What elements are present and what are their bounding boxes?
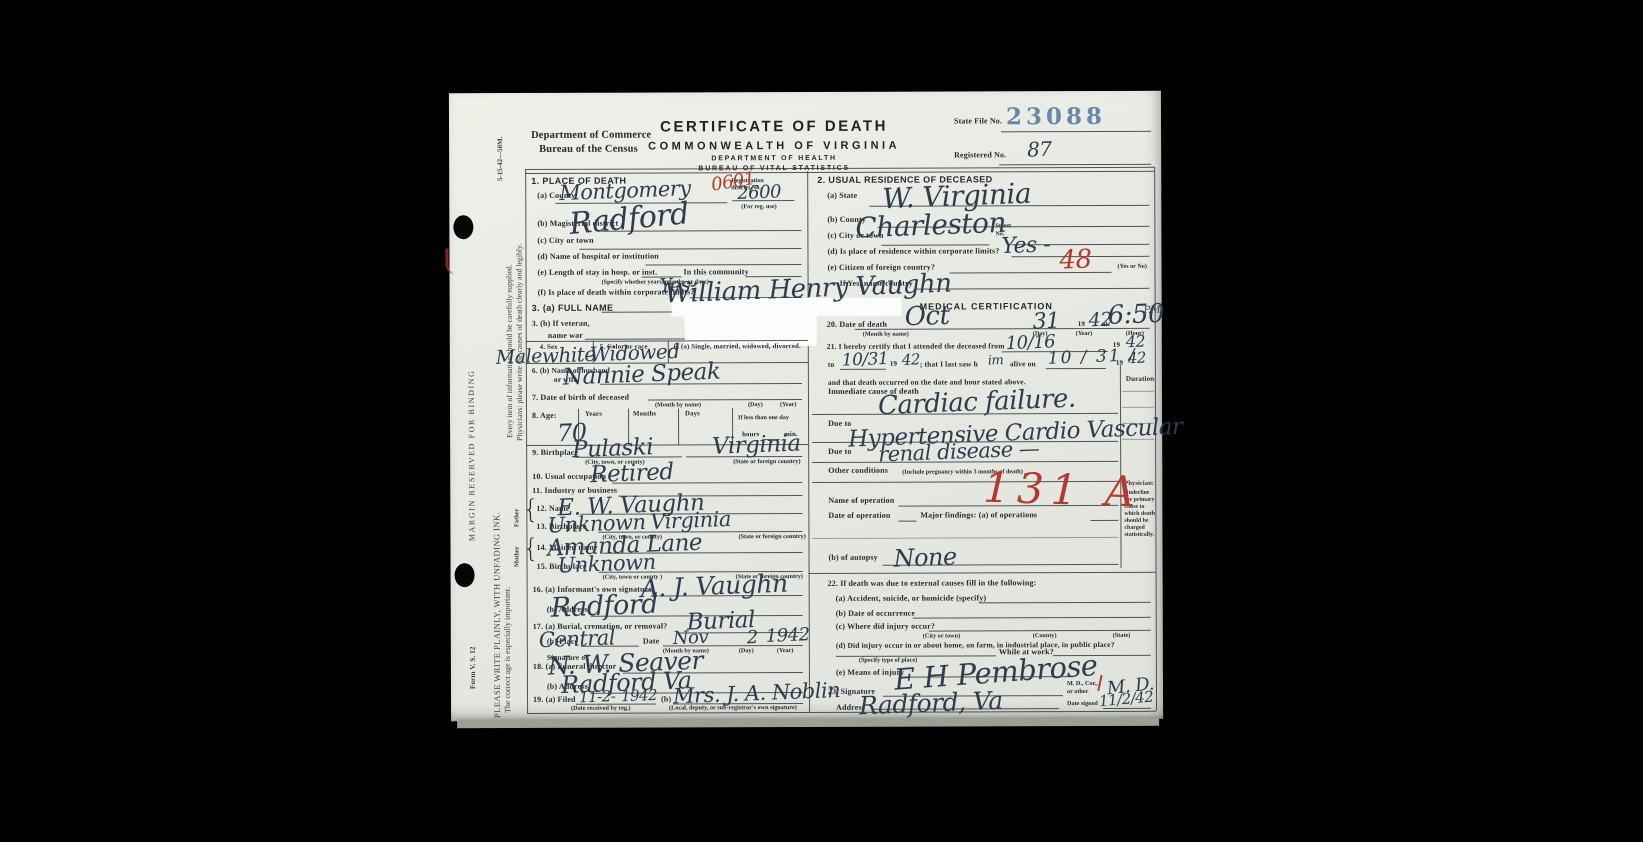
or-other-label: or other: [1067, 689, 1088, 695]
death-day-value: 31: [1032, 311, 1060, 334]
years-label: Years: [585, 412, 602, 419]
year-19-print: 19: [1078, 321, 1085, 328]
less-than-one-day-label: If less than one day: [738, 415, 789, 421]
margin-form-number: Form V. S. 12: [469, 647, 477, 690]
rule-line: [999, 164, 1151, 166]
burial-date-label: Date: [643, 638, 660, 646]
filed-date-value: 11-2-: [579, 689, 616, 705]
date-signed-label: Date signed: [1067, 701, 1098, 707]
rule-line: [809, 572, 1156, 574]
city-or-town-caption: (City or town): [923, 633, 960, 639]
rule-line: [648, 399, 802, 401]
name-war-label: name war: [548, 332, 583, 340]
margin-note-correct-age: The correct age is especially important.: [504, 587, 512, 713]
external-causes-label: 22. If death was due to external causes …: [828, 579, 1037, 588]
year-19-print: 19: [890, 361, 897, 368]
immediate-cause-value: Cardiac failure.: [878, 386, 1077, 420]
days-label: Days: [685, 411, 700, 418]
hospital-label: (d) Name of hospital or institution: [537, 253, 658, 261]
rule-line: [579, 248, 801, 250]
filed-year-value: 1942: [621, 688, 658, 704]
filed-b-label: (b): [661, 695, 671, 703]
residence-corp-limits-label: (d) Is place of residence within corpora…: [827, 247, 999, 256]
rule-line: [646, 264, 802, 266]
mother-birthplace-value: Unknown: [557, 552, 656, 577]
red-pen-margin-mark: [445, 248, 458, 274]
rule-line: [1122, 391, 1154, 392]
residence-corp-value: Yes -: [1001, 234, 1051, 258]
burial-year-value: 1942: [765, 626, 809, 646]
marital-status-label: 6. (a) Single, married, widowed, divorce…: [674, 344, 801, 351]
rule-line: [898, 521, 916, 522]
father-label: Father: [514, 509, 520, 527]
certificate-title: CERTIFICATE OF DEATH: [609, 118, 939, 136]
certificate-title-block: CERTIFICATE OF DEATH COMMONWEALTH OF VIR…: [609, 118, 939, 173]
red-48-value: 48: [1059, 246, 1092, 273]
autopsy-value: None: [893, 544, 957, 570]
autopsy-label: (b) of autopsy: [829, 554, 878, 562]
date-of-birth-label: 7. Date of birth of deceased: [532, 394, 629, 402]
red-131a-code: 131 A: [983, 467, 1143, 514]
rule-line: [1122, 407, 1154, 408]
margin-note-plainly: PLEASE WRITE PLAINLY, WITH UNFADING INK.: [492, 512, 501, 718]
state-file-label: State File No.: [954, 117, 1002, 125]
rule-line: [1090, 520, 1118, 521]
city-town-value: Radford: [568, 199, 690, 240]
burial-place-value: Central: [538, 627, 615, 651]
screenshot-background: 5-15-42—50M. Every item of information s…: [0, 0, 1643, 842]
last-saw-date-value: 10 / 31 /: [1048, 347, 1138, 367]
county-caption: (County): [1033, 633, 1057, 639]
rule-line: [979, 602, 1151, 604]
if-veteran-label: 3. (b) If veteran,: [532, 320, 590, 328]
length-of-stay-label: (e) Length of stay in hosp. or inst.: [538, 269, 658, 277]
birthplace-value: Pulaski: [572, 436, 654, 462]
state-file-number-stamp: 23088: [1006, 105, 1106, 128]
duration-label: Duration: [1126, 376, 1154, 383]
commonwealth-subtitle: COMMONWEALTH OF VIRGINIA: [609, 140, 939, 153]
name-of-operation-label: Name of operation: [828, 497, 894, 505]
attended-to-value: 10/31: [842, 351, 889, 370]
margin-binding-label: MARGIN RESERVED FOR BINDING: [468, 369, 477, 541]
year-caption: (Year): [1076, 331, 1093, 337]
other-conditions-label: Other conditions: [828, 467, 888, 475]
date-of-operation-label: Date of operation: [828, 512, 890, 520]
alive-on-label: alive on: [1010, 360, 1036, 368]
margin-print-code: 5-15-42—50M.: [497, 137, 504, 182]
spouse-value: Nannie Speak: [563, 361, 721, 390]
residence-city-value: Charleston: [855, 209, 1007, 243]
residence-state-label: (a) State: [827, 192, 857, 200]
state-foreign-caption: (State or foreign country): [733, 459, 800, 465]
birthplace-state-value: Virginia: [712, 432, 801, 458]
punch-hole-top: [453, 215, 473, 239]
death-occurred-label: and that death occurred on the date and …: [828, 378, 1026, 386]
dept-health-subtitle: DEPARTMENT OF HEALTH: [609, 155, 939, 163]
death-month-value: Oct: [904, 303, 950, 331]
date-occurrence-label: (b) Date of occurrence: [836, 610, 915, 618]
month-caption: (Month by name): [863, 332, 909, 338]
paper-bottom-edge: [457, 718, 1159, 728]
informant-address-value: Radford: [550, 591, 658, 622]
rule-line: [1001, 131, 1151, 133]
margin-note-physicians: Physicians: please write the causes of d…: [515, 244, 523, 441]
year-caption: (Year): [780, 402, 797, 408]
certify-to-label: to: [828, 361, 835, 369]
mother-label: Mother: [514, 546, 520, 567]
form-left-border: [525, 169, 528, 713]
occupation-value: Retired: [590, 461, 674, 487]
rule-line: [812, 537, 1118, 539]
age-table-divider: [678, 408, 679, 444]
registrar-signature-value: Mrs. J. A. Noblin: [673, 680, 841, 707]
months-label: Months: [633, 412, 656, 419]
yes-or-no-caption: (Yes or No): [1118, 264, 1147, 270]
registration-district-value: 2600: [737, 183, 781, 203]
burial-day-value: 2: [746, 629, 758, 647]
race-value: white: [541, 344, 596, 366]
state-caption: (State): [1113, 633, 1131, 639]
last-saw-label: ; that I last saw h: [920, 360, 978, 368]
sex-value: Male: [495, 347, 542, 368]
rule-line: [913, 617, 1151, 619]
where-injury-label: (c) Where did injury occur?: [836, 623, 935, 631]
date-received-caption: (Date received by reg.): [571, 706, 631, 712]
informant-signature-value: A. J. Vaughn: [640, 571, 788, 602]
him-value: im: [988, 354, 1004, 368]
death-hour-pm-value: P.M: [1143, 305, 1160, 316]
punch-hole-bottom: [455, 563, 475, 587]
date-signed-value: 11/2/42: [1098, 689, 1153, 709]
year-caption: (Year): [777, 648, 794, 654]
for-reg-use-caption: (For reg. use): [741, 204, 776, 210]
day-caption: (Day): [748, 402, 763, 408]
death-certificate-document: 5-15-42—50M. Every item of information s…: [449, 91, 1163, 721]
injury-home-farm-label: (d) Did injury occur in or about home, o…: [836, 641, 1115, 649]
attended-to-year-value: 42: [902, 352, 921, 368]
registered-no-label: Registered No.: [954, 151, 1006, 159]
state-foreign-caption: (State or foreign country): [738, 534, 805, 540]
signature-address-value: Radford, Va: [859, 688, 1003, 718]
registered-no-value: 87: [1027, 139, 1052, 160]
day-caption: (Day): [739, 648, 754, 654]
date-of-death-label: 20. Date of death: [827, 321, 887, 329]
last-saw-year-value: 42: [1128, 351, 1147, 367]
age-label: 8. Age:: [532, 412, 557, 420]
accident-suicide-label: (a) Accident, suicide, or homicide (spec…: [836, 594, 987, 603]
